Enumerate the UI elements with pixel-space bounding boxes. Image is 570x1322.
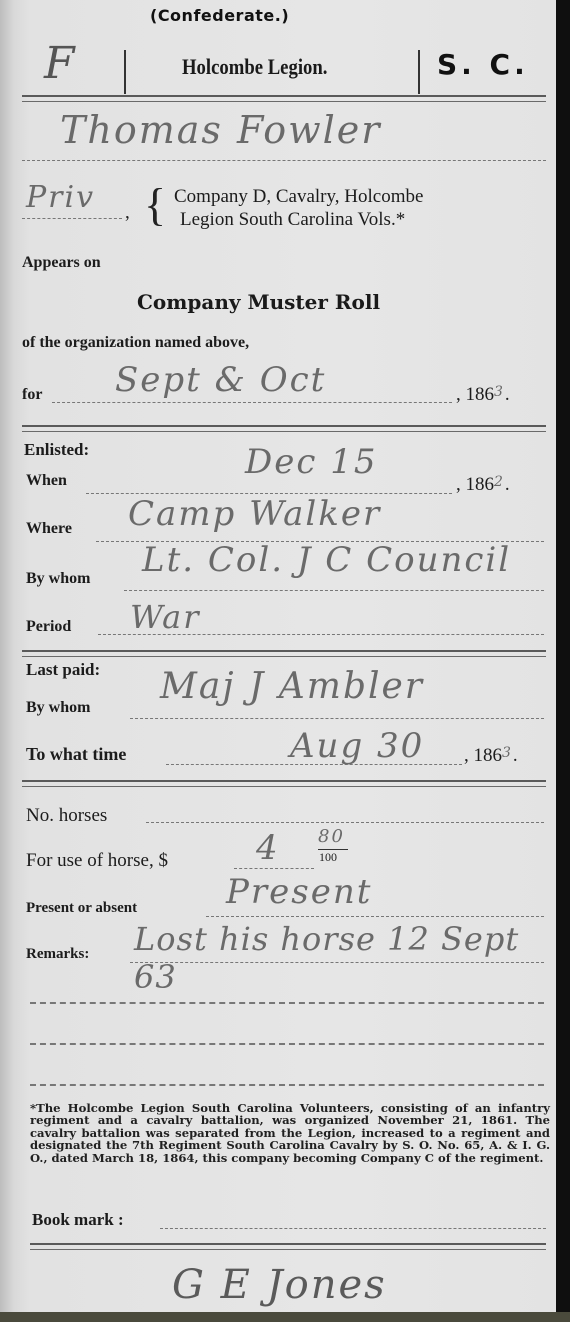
- last-paid-label: Last paid:: [26, 660, 100, 680]
- enlisted-when-year: , 1862.: [456, 474, 510, 496]
- rank-value: Priv: [26, 180, 95, 215]
- rule-3: [22, 780, 546, 787]
- remarks-label: Remarks:: [26, 946, 89, 963]
- no-horses-line: [146, 822, 544, 823]
- to-what-time-label: To what time: [26, 744, 126, 765]
- no-horses-label: No. horses: [26, 805, 107, 827]
- last-paid-by-whom-value: Maj J Ambler: [160, 666, 424, 707]
- legion-footnote: *The Holcombe Legion South Carolina Volu…: [30, 1102, 550, 1164]
- bookmark-line: [160, 1228, 546, 1229]
- enlisted-where-value: Camp Walker: [128, 494, 381, 534]
- org-named-label: of the organization named above,: [22, 334, 249, 352]
- soldier-name: Thomas Fowler: [60, 108, 381, 152]
- remarks-line-2: [30, 1002, 544, 1004]
- use-of-horse-dollars: 4: [256, 828, 280, 868]
- initial-mark: F: [44, 38, 77, 89]
- present-absent-value: Present: [226, 872, 372, 912]
- for-year: , 1863.: [456, 384, 510, 406]
- bookmark-rule: [30, 1243, 546, 1250]
- roll-title: Company Muster Roll: [137, 290, 380, 314]
- use-of-horse-cents: 80: [318, 826, 345, 847]
- unit-line-1: Company D, Cavalry, Holcombe: [174, 185, 423, 208]
- enlisted-by-whom-value: Lt. Col. J C Council: [142, 540, 511, 580]
- brace: {: [144, 182, 166, 228]
- enlisted-period-value: War: [130, 598, 200, 636]
- to-what-time-value: Aug 30: [290, 726, 424, 766]
- present-absent-label: Present or absent: [26, 900, 137, 917]
- enlisted-label: Enlisted:: [24, 440, 89, 460]
- to-what-time-year: , 1863.: [464, 745, 518, 767]
- enlisted-when-value: Dec 15: [245, 442, 378, 482]
- enlisted-where-label: Where: [26, 520, 72, 538]
- use-of-horse-line: [234, 868, 314, 869]
- muster-roll-card: (Confederate.) F Holcombe Legion. S. C. …: [0, 0, 556, 1312]
- rank-comma: ,: [125, 202, 130, 224]
- organization-title: Holcombe Legion.: [182, 54, 327, 80]
- last-paid-by-whom-label: By whom: [26, 699, 90, 717]
- enlisted-when-label: When: [26, 472, 67, 490]
- rank-line: [22, 218, 122, 219]
- enlisted-by-whom-line: [124, 590, 544, 591]
- rule-2: [22, 650, 546, 657]
- remarks-value: Lost his horse 12 Sept 63: [134, 920, 556, 996]
- appears-on-label: Appears on: [22, 254, 101, 272]
- for-line: [52, 402, 452, 403]
- header-divider-right: [418, 50, 420, 94]
- scan-right-edge: [556, 0, 570, 1312]
- last-paid-by-whom-line: [130, 718, 544, 719]
- for-value: Sept & Oct: [115, 360, 326, 400]
- name-line: [22, 160, 546, 161]
- use-of-horse-denominator: 100: [319, 850, 337, 865]
- present-absent-line: [206, 916, 544, 917]
- header-divider-left: [124, 50, 126, 94]
- header-rule: [22, 95, 546, 102]
- unit-line-2: Legion South Carolina Vols.*: [180, 208, 405, 231]
- copyist-signature: G E Jones: [172, 1262, 387, 1308]
- remarks-line-3: [30, 1043, 544, 1045]
- confederate-label: (Confederate.): [150, 6, 289, 25]
- state-label: S. C.: [437, 48, 529, 81]
- bookmark-label: Book mark :: [32, 1210, 124, 1230]
- for-label: for: [22, 386, 42, 404]
- use-of-horse-label: For use of horse, $: [26, 850, 168, 872]
- enlisted-by-whom-label: By whom: [26, 570, 90, 588]
- enlisted-period-label: Period: [26, 618, 71, 636]
- rule-1: [22, 425, 546, 432]
- remarks-line-4: [30, 1084, 544, 1086]
- scan-bottom-strip: [0, 1312, 570, 1322]
